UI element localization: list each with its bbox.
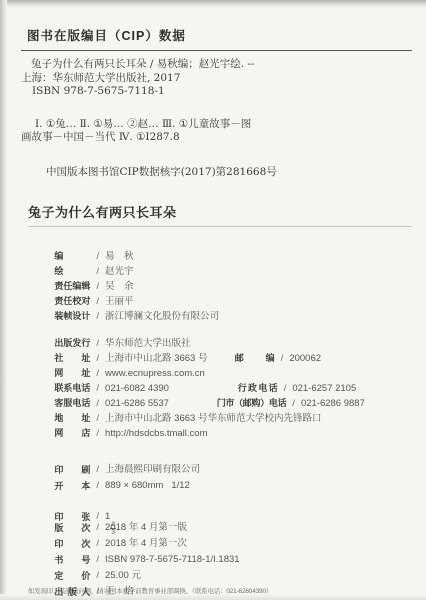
printing-group: 印 刷/上海晨熙印刷有限公司 开 本/889 × 680mm 1/12 印 张/… [28,446,412,584]
row-edition: 版 次/2018 年 4 月第一版 [28,504,412,520]
row-online-store: 网 店/http://hdsdcbs.tmall.com [28,411,412,426]
credits-group: 编/易 秋 绘/赵光宇 责任编辑/吴 余 责任校对/王丽平 装帧设计/浙江博澜文… [28,234,412,309]
cip-entry-line: 上海：华东师范大学出版社, 2017 [21,72,412,86]
row-publisher-person: 出 版 人/王 焰 [28,568,412,584]
field-label: 出 版 人 [54,584,90,600]
book-title: 兔子为什么有两只长耳朵 [28,205,412,221]
row-design: 装帧设计/浙江博澜文化股份有限公司 [28,294,412,309]
cip-record-number: 中国版本图书馆CIP数据核字(2017)第281668号 [21,166,412,180]
store-url: http://hdsdcbs.tmall.com [105,428,207,439]
cip-entry-line: 兔子为什么有两只长耳朵 / 易秋编；赵光宇绘. -- [21,58,412,72]
field-value: 王 焰 [105,586,134,597]
row-contact-phone: 联系电话/021-6082 4390 行政电话/021-6257 2105 [28,366,412,381]
row-website: 网 址/www.ecnupress.com.cn [28,351,412,366]
row-sheets: 印 张/123 [28,478,412,504]
cip-entry: 兔子为什么有两只长耳朵 / 易秋编；赵光宇绘. -- 上海：华东师范大学出版社,… [21,58,412,179]
row-impression: 印 次/2018 年 4 月第一次 [28,520,412,536]
page-edge-left [0,0,7,600]
row-address: 社 址/上海市中山北路 3663 号 邮 编/200062 [28,336,412,351]
title-rule [28,226,412,227]
separator: / [96,586,99,597]
cip-classification-line: 画故事－中国－当代 Ⅳ. ①I287.8 [21,131,412,145]
row-editor: 编/易 秋 [28,234,412,249]
heading-rule [21,50,412,51]
publishing-group: 出版发行/华东师范大学出版社 社 址/上海市中山北路 3663 号 邮 编/20… [28,321,412,426]
row-price: 定 价/25.00 元 [28,552,412,568]
row-book-number: 书 号/ISBN 978-7-5675-7118-1/I.1831 [28,536,412,552]
row-format: 开 本/889 × 680mm 1/12 [28,462,412,478]
row-publisher: 出版发行/华东师范大学出版社 [28,321,412,336]
scanned-copyright-page: 图书在版编目（CIP）数据 兔子为什么有两只长耳朵 / 易秋编；赵光宇绘. --… [0,0,426,600]
field-label: 网 店 [54,426,90,441]
page-edge-top [0,0,426,8]
cip-isbn-line: ISBN 978-7-5675-7118-1 [21,85,412,99]
row-proofreader: 责任校对/王丽平 [28,279,412,294]
row-illustrator: 绘/赵光宇 [28,249,412,264]
row-managing-editor: 责任编辑/吴 余 [28,264,412,279]
separator: / [96,428,99,439]
page-content: 图书在版编目（CIP）数据 兔子为什么有两只长耳朵 / 易秋编；赵光宇绘. --… [21,28,412,600]
row-street-address: 地 址/上海市中山北路 3663 号华东师范大学校内先锋路口 [28,396,412,411]
cip-classification-line: Ⅰ. ①兔… Ⅱ. ①易… ②赵… Ⅲ. ①儿童故事－图 [21,118,412,132]
row-printer: 印 刷/上海晨熙印刷有限公司 [28,446,412,462]
row-service-phone: 客服电话/021-6286 5537 门市（邮购）电话/021-6286 988… [28,381,412,396]
cip-heading: 图书在版编目（CIP）数据 [27,28,412,44]
cip-section: 图书在版编目（CIP）数据 兔子为什么有两只长耳朵 / 易秋编；赵光宇绘. --… [21,28,412,179]
colophon-section: 兔子为什么有两只长耳朵 编/易 秋 绘/赵光宇 责任编辑/吴 余 责任校对/王丽… [28,205,412,595]
